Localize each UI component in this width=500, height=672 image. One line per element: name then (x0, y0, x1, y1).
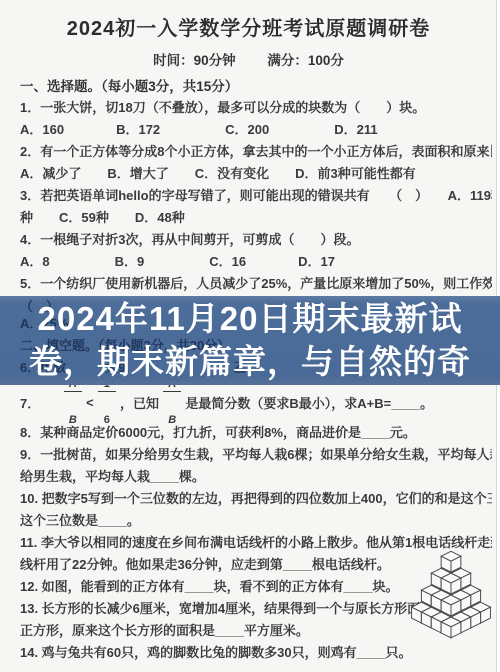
exam-time: 时间：90分钟 (153, 53, 236, 68)
question-9-wrap: 给男生栽，平均每人栽____棵。 (20, 466, 492, 488)
exam-score: 满分：100分 (267, 53, 344, 68)
question-14: 14. 鸡与兔共有60只，鸡的脚数比兔的脚数多30只，则鸡有____只。 (20, 642, 492, 664)
question-1: 1．一张大饼，切18刀（不叠放），最多可以分成的块数为（ ）块。 (20, 97, 492, 119)
question-7-mid-text: ，已知 (120, 393, 159, 412)
exam-title: 2024初一入学数学分班考试原题调研卷 (0, 12, 497, 41)
promo-banner-line1: 2024年11月20日期末最新试 (37, 300, 462, 337)
question-5: 5．一个纺织厂使用新机器后，人员减少了25%，产量比原来增加了50%，则工作效率… (20, 273, 492, 295)
question-7-number: 7． (20, 393, 60, 412)
question-9: 9．一批树苗，如果分给男女生栽，平均每人栽6棵；如果单分给女生栽，平均每人栽10… (20, 444, 492, 466)
question-8: 8．某种商品定价6000元，打九折，可获利8%，商品进价是____元。 (20, 422, 492, 444)
question-7-suffix-text: 是最简分数（要求B最小），求A+B=____。 (185, 393, 433, 412)
question-10: 10. 把数字5写到一个三位数的左边，再把得到的四位数加上400，它们的和是这个… (20, 488, 492, 510)
question-2: 2．有一个正方体等分成8个小正方体，拿去其中的一个小正方体后，表面积和原来比（ … (20, 141, 492, 163)
question-4-options: A．8 B．9 C．16 D．17 (20, 251, 492, 273)
promo-banner-text: 2024年11月20日期末最新试卷，期末新篇章，与自然的奇 (0, 297, 500, 383)
cube-stack-figure (405, 548, 497, 640)
question-2-options: A．减少了 B．增大了 C．没有变化 D．前3种可能性都有 (20, 163, 492, 185)
less-than-sign: < (86, 395, 94, 410)
promo-banner-line2: 卷，期末新篇章，与自然的奇 (29, 343, 471, 380)
question-3-options: 种 C．59种 D．48种 (20, 207, 492, 229)
question-10-wrap: 这个三位数是____。 (20, 510, 492, 532)
question-4: 4．一根绳子对折3次，再从中间剪开，可剪成（ ）段。 (20, 229, 492, 251)
question-7: 7． A B < 1 6 ，已知 A B 是最简分数（要求B最小），求A+B=_… (20, 384, 492, 420)
question-3: 3．若把英语单词hello的字母写错了，则可能出现的错误共有 （ ） A．119… (20, 185, 492, 207)
exam-meta: 时间：90分钟 满分：100分 (0, 49, 497, 69)
promo-banner-overlay: （ ） A．25% 二、填空题。（每小题3分，共30分） 6．甲数 大9. 乙 … (0, 296, 500, 385)
section-1-header: 一、选择题。（每小题3分，共15分） (20, 75, 490, 95)
question-1-options: A．160 B．172 C．200 D．211 (20, 119, 492, 141)
